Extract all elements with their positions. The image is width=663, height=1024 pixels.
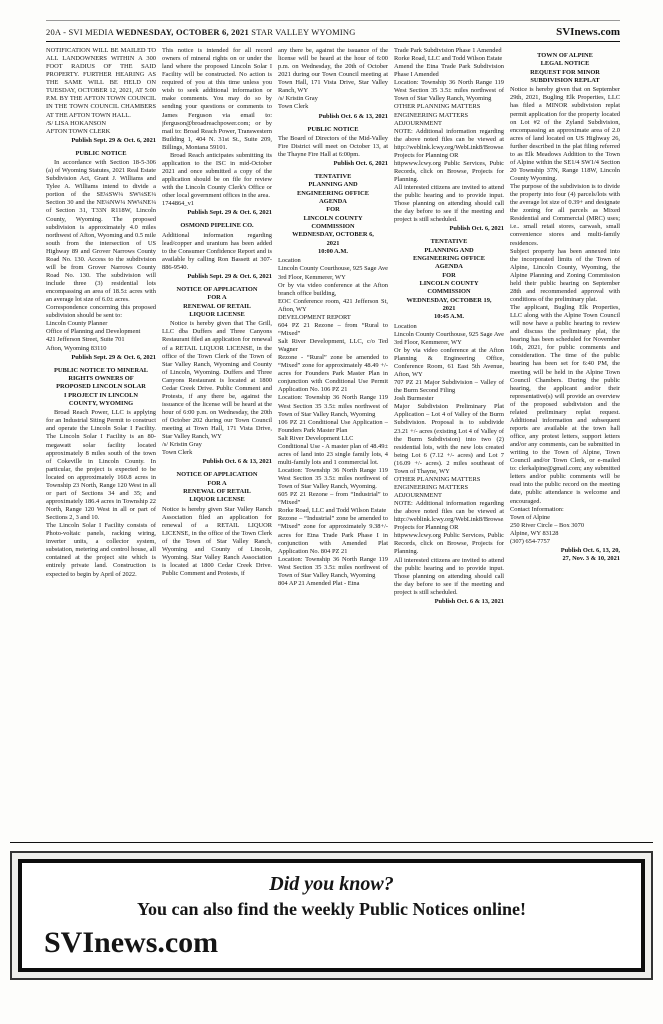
notice-paragraph: Notice is hereby given Star Valley Ranch… <box>162 506 272 579</box>
notice-paragraph: Notice is hereby given that on September… <box>510 86 620 183</box>
notice-column-5: TOWN OF ALPINE LEGAL NOTICE REQUEST FOR … <box>510 47 620 839</box>
notice-line: DEVELOPMENT REPORT <box>278 314 388 322</box>
notice-column-3: any there be, against the issuance of th… <box>278 47 388 839</box>
notice-line: Town Clerk <box>278 103 388 111</box>
notice-paragraph: Or by via video conference at the Afton … <box>394 347 504 379</box>
notice-paragraph: All interested citizens are invited to a… <box>394 557 504 597</box>
banner-headline: Did you know? <box>36 873 627 896</box>
house-ad-banner: Did you know? You can also find the week… <box>10 851 653 980</box>
notice-paragraph: Lincoln County Courthouse, 925 Sage Ave … <box>394 331 504 347</box>
notice-line: Town of Alpine <box>510 514 620 522</box>
publish-line: Publish Sept. 29 & Oct. 6, 2021 <box>162 273 272 281</box>
newspaper-page: 20A - SVI MEDIA WEDNESDAY, OCTOBER 6, 20… <box>0 0 663 1024</box>
issue-date: WEDNESDAY, OCTOBER 6, 2021 <box>116 27 249 37</box>
notice-paragraph: Conditional Use - A master plan of 48.49… <box>278 443 388 467</box>
page-label: 20A - SVI MEDIA <box>46 27 113 37</box>
notice-heading: PUBLIC NOTICE TO MINERAL RIGHTS OWNERS O… <box>46 367 156 409</box>
notice-line: OTHER PLANNING MATTERS <box>394 476 504 484</box>
notice-line: Salt River Development LLC <box>278 435 388 443</box>
publish-line: Publish Sept. 29 & Oct. 6, 2021 <box>46 137 156 145</box>
notice-line: Office of Planning and Development <box>46 328 156 336</box>
notice-paragraph: All interested citizens are invited to a… <box>394 184 504 224</box>
notice-columns: NOTIFICATION WILL BE MAILED TO ALL LANDO… <box>46 47 620 839</box>
notice-paragraph: any there be, against the issuance of th… <box>278 47 388 95</box>
notice-line: Josh Burmester <box>394 395 504 403</box>
notice-paragraph: NOTIFICATION WILL BE MAILED TO ALL LANDO… <box>46 47 156 120</box>
notice-paragraph: EOC Conference room, 421 Jefferson St, A… <box>278 298 388 314</box>
notice-paragraph: 106 PZ 21 Conditional Use Application – … <box>278 419 388 435</box>
notice-line: /S/ LISA HOKANSON <box>46 120 156 128</box>
notice-paragraph: This notice is intended for all record o… <box>162 47 272 152</box>
notice-line: /s/ Kristin Gray <box>162 441 272 449</box>
notice-paragraph: The purpose of the subdivision is to div… <box>510 183 620 248</box>
masthead-site: SVInews.com <box>556 26 620 38</box>
notice-paragraph: Location: Township 36 North Range 119 We… <box>278 467 388 491</box>
notice-line: /s/ Kristin Gray <box>278 95 388 103</box>
notice-paragraph: Notice is hereby given that The Grill, L… <box>162 320 272 441</box>
publish-line: Publish Oct. 6 & 13, 2021 <box>162 458 272 466</box>
notice-paragraph: Additional information regarding lead/co… <box>162 232 272 272</box>
notice-line: ENGINEERING MATTERS <box>394 484 504 492</box>
notice-line: Town Clerk <box>162 449 272 457</box>
notice-line: Afton, Wyoming 83110 <box>46 345 156 353</box>
notice-paragraph: The applicant, Bugling Elk Properties, L… <box>510 304 620 506</box>
masthead-bottom-rule <box>46 41 620 42</box>
notice-paragraph: Salt River Development, LLC, c/o Ted Wag… <box>278 338 388 354</box>
notice-paragraph: httpwww.lcwy.org Public Services, Pubic … <box>394 160 504 184</box>
notice-paragraph: Location: Township 36 North Range 119 We… <box>394 79 504 103</box>
notice-line: Location <box>278 257 388 265</box>
notice-line: Alpine, WY 83128 <box>510 530 620 538</box>
notice-paragraph: Lincoln County Courthouse, 925 Sage Ave … <box>278 265 388 281</box>
notice-line: 421 Jefferson Street, Suite 701 <box>46 336 156 344</box>
notice-line: 1744864_v1 <box>162 200 272 208</box>
publish-line: Publish Sept. 29 & Oct. 6, 2021 <box>46 354 156 362</box>
publish-line: Publish Sept. 29 & Oct. 6, 2021 <box>162 209 272 217</box>
notice-heading: PUBLIC NOTICE <box>46 150 156 158</box>
notice-paragraph: Trade Park Subdivision Phase 1 Amended <box>394 47 504 55</box>
notice-line: Location <box>394 323 504 331</box>
notice-paragraph: The Board of Directors of the Mid-Valley… <box>278 135 388 159</box>
masthead-location: STAR VALLEY WYOMING <box>251 27 355 37</box>
notice-column-2: This notice is intended for all record o… <box>162 47 272 839</box>
notice-paragraph: Broad Reach anticipates submitting its a… <box>162 152 272 200</box>
notice-paragraph: 804 AP 21 Amended Plat - Etna <box>278 580 388 588</box>
notice-paragraph: Major Subdivision Preliminary Plat Appli… <box>394 403 504 476</box>
notice-heading: TENTATIVE PLANNING AND ENGINEERING OFFIC… <box>394 238 504 321</box>
notice-paragraph: httpwww.lcwy.org Public Services, Public… <box>394 532 504 556</box>
notice-line: ADJOURNMENT <box>394 492 504 500</box>
notice-paragraph: Subject property has been annexed into t… <box>510 248 620 304</box>
notice-line: 250 River Circle – Box 3070 <box>510 522 620 530</box>
notice-paragraph: In accordance with Section 18-5-306 (a) … <box>46 159 156 304</box>
notice-paragraph: Rorke Road, LLC and Todd Wilson Estate <box>278 507 388 515</box>
notice-heading: NOTICE OF APPLICATION FOR A RENEWAL OF R… <box>162 471 272 504</box>
body-end-rule <box>10 842 653 843</box>
notice-paragraph: Amend the Etna Trade Park Subdivision Ph… <box>394 63 504 79</box>
notice-line: Contact Information: <box>510 506 620 514</box>
notice-paragraph: Rezone – “Industrial” zone be amended to… <box>278 515 388 555</box>
masthead-left: 20A - SVI MEDIA WEDNESDAY, OCTOBER 6, 20… <box>46 27 356 37</box>
notice-paragraph: 707 PZ 21 Major Subdivision – Valley of … <box>394 379 504 395</box>
notice-paragraph: Location: Township 36 North Range 119 We… <box>278 556 388 580</box>
banner-subheadline: You can also find the weekly Public Noti… <box>36 899 627 920</box>
notice-line: ADJOURNMENT <box>394 120 504 128</box>
notice-heading: NOTICE OF APPLICATION FOR A RENEWAL OF R… <box>162 286 272 319</box>
publish-line: Publish Oct. 6 & 13, 2021 <box>394 598 504 606</box>
notice-heading: TOWN OF ALPINE LEGAL NOTICE REQUEST FOR … <box>510 52 620 85</box>
notice-paragraph: Broad Reach Power, LLC is applying for a… <box>46 409 156 522</box>
notice-paragraph: Correspondence concerning this proposed … <box>46 304 156 320</box>
notice-heading: OSMOND PIPELINE CO. <box>162 222 272 230</box>
notice-paragraph: Or by via video conference at the Afton … <box>278 282 388 298</box>
masthead: 20A - SVI MEDIA WEDNESDAY, OCTOBER 6, 20… <box>46 20 620 42</box>
banner-website: SVInews.com <box>36 926 627 960</box>
notice-paragraph: NOTE: Additional information regarding t… <box>394 500 504 532</box>
notice-paragraph: NOTE: Additional information regarding t… <box>394 128 504 160</box>
notice-paragraph: 605 PZ 21 Rezone – from “Industrial” to … <box>278 491 388 507</box>
notice-line: AFTON TOWN CLERK <box>46 128 156 136</box>
notice-line: OTHER PLANNING MATTERS <box>394 103 504 111</box>
notice-column-4: Trade Park Subdivision Phase 1 AmendedRo… <box>394 47 504 839</box>
publish-line: Publish Oct. 6, 2021 <box>394 225 504 233</box>
publish-line: Publish Oct. 6 & 13, 2021 <box>278 113 388 121</box>
notice-heading: TENTATIVE PLANNING AND ENGINEERING OFFIC… <box>278 173 388 256</box>
notice-line: (307) 654-7757 <box>510 538 620 546</box>
publish-line: Publish Oct. 6, 13, 20, 27, Nov. 3 & 10,… <box>510 547 620 563</box>
publish-line: Publish Oct. 6, 2021 <box>278 160 388 168</box>
notice-paragraph: Rorke Road, LLC and Todd Wilson Estate <box>394 55 504 63</box>
notice-paragraph: 604 PZ 21 Rezone – from “Rural to “Mixed… <box>278 322 388 338</box>
notice-line: Lincoln County Planner <box>46 320 156 328</box>
notice-paragraph: Rezone - “Rural” zone be amended to “Mix… <box>278 354 388 394</box>
notice-line: ENGINEERING MATTERS <box>394 112 504 120</box>
notice-paragraph: The Lincoln Solar I Facility consists of… <box>46 522 156 578</box>
notice-paragraph: Location: Township 36 North Range 119 We… <box>278 394 388 418</box>
notice-heading: PUBLIC NOTICE <box>278 126 388 134</box>
notice-column-1: NOTIFICATION WILL BE MAILED TO ALL LANDO… <box>46 47 156 839</box>
house-ad-inner: Did you know? You can also find the week… <box>18 859 645 972</box>
